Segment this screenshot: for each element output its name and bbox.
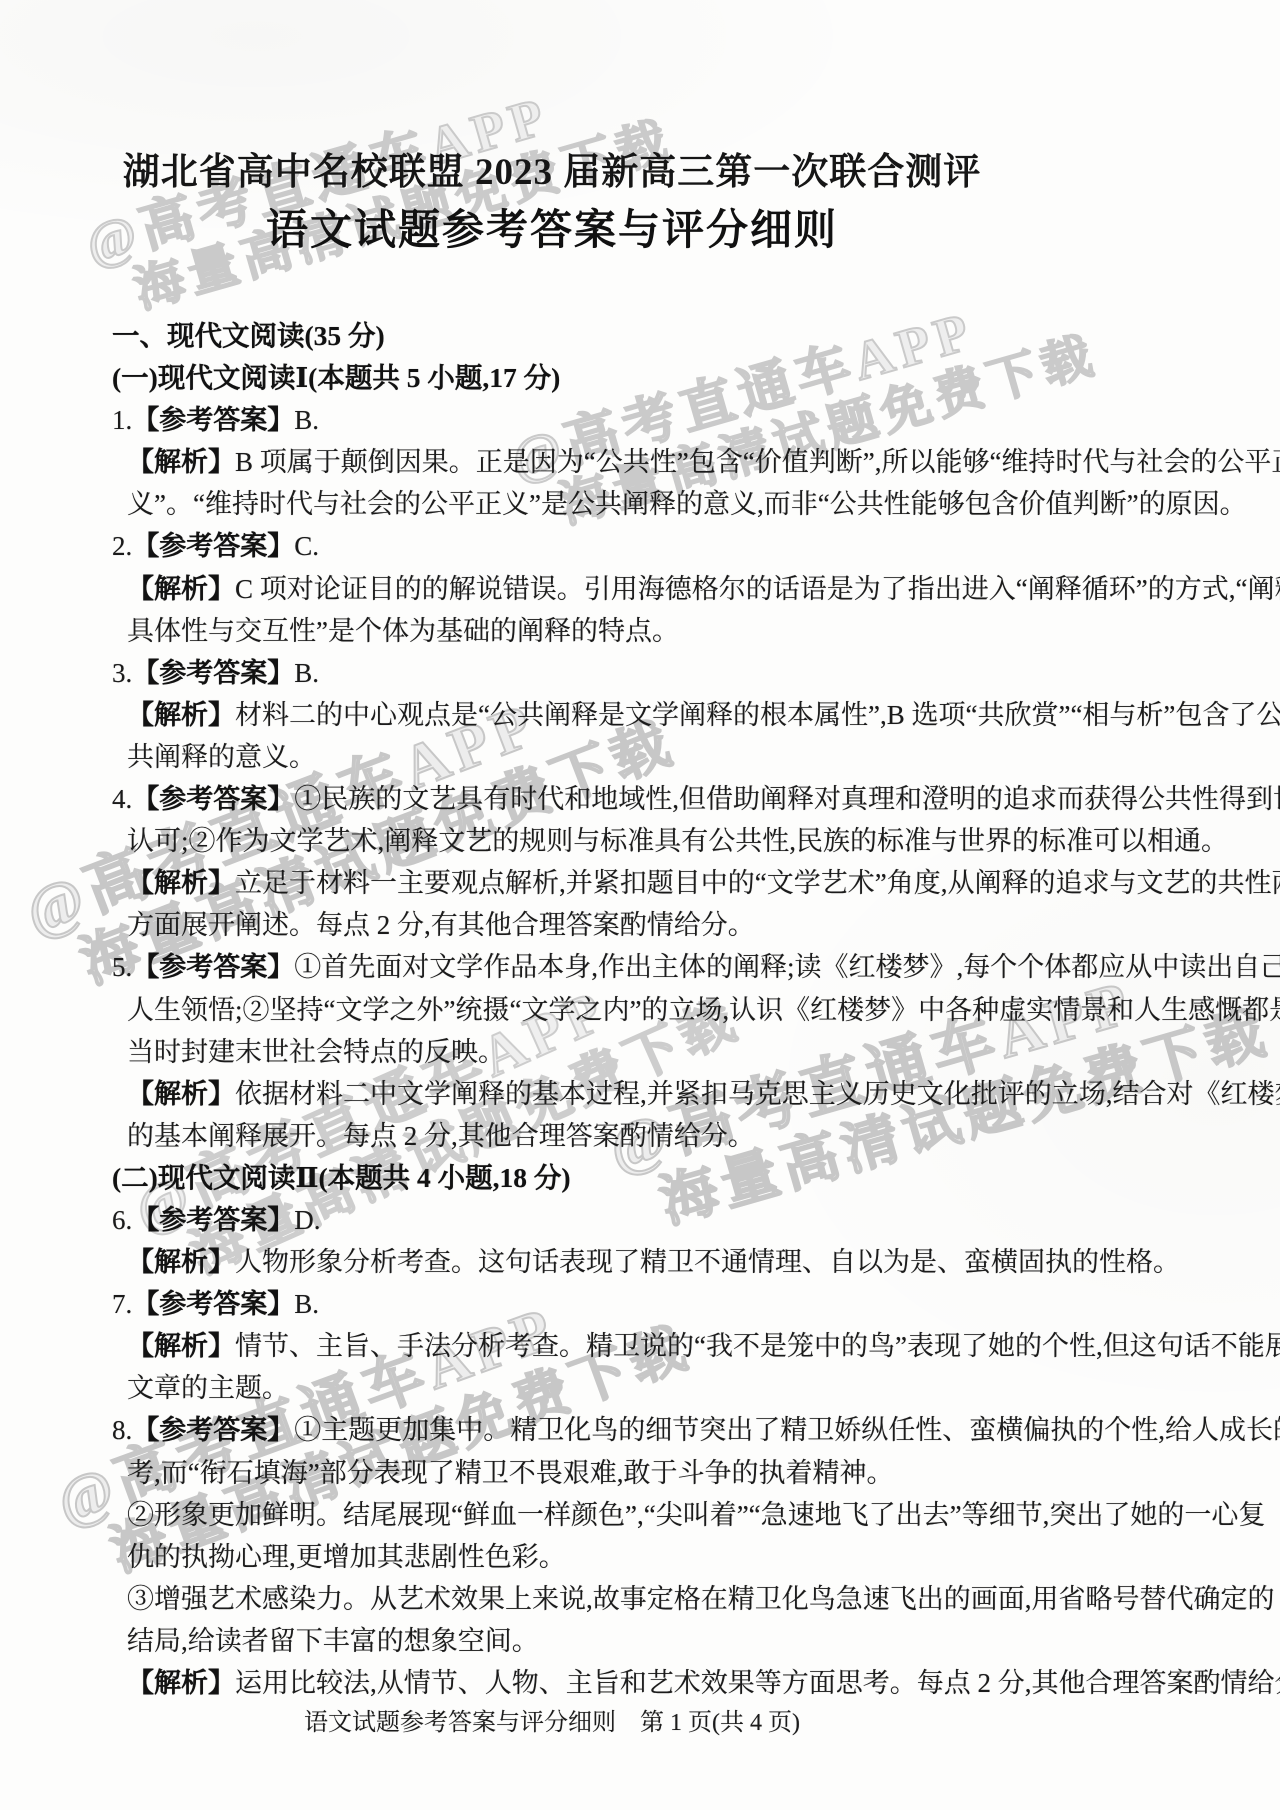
page-footer: 语文试题参考答案与评分细则 第 1 页(共 4 页)	[0, 1708, 1104, 1738]
question-number: 2.	[112, 531, 132, 561]
text-line-analysis: 【解析】运用比较法,从情节、人物、主旨和艺术效果等方面思考。每点 2 分,其他合…	[112, 1662, 1168, 1704]
answer-label: 【参考答案】	[132, 952, 294, 982]
text-line-analysis: 【解析】B 项属于颠倒因果。正是因为“公共性”包含“价值判断”,所以能够“维持时…	[112, 441, 1168, 483]
text-line-analysis: 【解析】情节、主旨、手法分析考查。精卫说的“我不是笼中的鸟”表现了她的个性,但这…	[112, 1325, 1168, 1367]
answer-label: 【解析】	[127, 1079, 235, 1109]
line-text: ①民族的文艺具有时代和地域性,但借助阐释对真理和澄明的追求而获得公共性得到世界	[294, 784, 1280, 814]
text-line-cont: 文章的主题。	[112, 1367, 1168, 1409]
text-line-analysis: 【解析】材料二的中心观点是“公共阐释是文学阐释的根本属性”,B 选项“共欣赏”“…	[112, 694, 1168, 736]
text-line-cont: 人生领悟;②坚持“文学之外”统摄“文学之内”的立场,认识《红楼梦》中各种虚实情景…	[112, 989, 1168, 1031]
line-text: B 项属于颠倒因果。正是因为“公共性”包含“价值判断”,所以能够“维持时代与社会…	[235, 447, 1280, 477]
question-number: 4.	[112, 784, 132, 814]
text-line-heading: (二)现代文阅读Ⅱ(本题共 4 小题,18 分)	[112, 1157, 1168, 1199]
text-line-cont: 结局,给读者留下丰富的想象空间。	[112, 1620, 1168, 1662]
line-text: 义”。“维持时代与社会的公平正义”是公共阐释的意义,而非“公共性能够包含价值判断…	[127, 489, 1247, 519]
line-text: 考,而“衔石填海”部分表现了精卫不畏艰难,敢于斗争的执着精神。	[127, 1458, 893, 1488]
line-text: 人物形象分析考查。这句话表现了精卫不通情理、自以为是、蛮横固执的性格。	[235, 1247, 1180, 1277]
line-text: 结局,给读者留下丰富的想象空间。	[127, 1626, 539, 1656]
answer-label: 【解析】	[127, 447, 235, 477]
body-lines: 一、现代文阅读(35 分)(一)现代文阅读Ⅰ(本题共 5 小题,17 分)1.【…	[112, 315, 1168, 1704]
line-text: 认可;②作为文学艺术,阐释文艺的规则与标准具有公共性,民族的标准与世界的标准可以…	[127, 826, 1228, 856]
line-text: 情节、主旨、手法分析考查。精卫说的“我不是笼中的鸟”表现了她的个性,但这句话不能…	[235, 1331, 1280, 1361]
line-text: C.	[294, 531, 319, 561]
line-text: 运用比较法,从情节、人物、主旨和艺术效果等方面思考。每点 2 分,其他合理答案酌…	[235, 1668, 1280, 1698]
text-line-cont: 认可;②作为文学艺术,阐释文艺的规则与标准具有公共性,民族的标准与世界的标准可以…	[112, 820, 1168, 862]
text-line-analysis: 【解析】C 项对论证目的的解说错误。引用海德格尔的话语是为了指出进入“阐释循环”…	[112, 568, 1168, 610]
text-line-cont: 共阐释的意义。	[112, 736, 1168, 778]
answer-label: 【参考答案】	[132, 658, 294, 688]
line-text: (二)现代文阅读Ⅱ(本题共 4 小题,18 分)	[112, 1162, 571, 1193]
text-line-answer: 4.【参考答案】①民族的文艺具有时代和地域性,但借助阐释对真理和澄明的追求而获得…	[112, 778, 1168, 820]
document-title-line1: 湖北省高中名校联盟 2023 届新高三第一次联合测评	[0, 150, 1104, 196]
question-number: 7.	[112, 1289, 132, 1319]
line-text: 材料二的中心观点是“公共阐释是文学阐释的根本属性”,B 选项“共欣赏”“相与析”…	[235, 700, 1280, 730]
document-title-line2: 语文试题参考答案与评分细则	[0, 203, 1104, 259]
answer-label: 【参考答案】	[132, 1415, 294, 1445]
answer-label: 【解析】	[127, 1331, 235, 1361]
answer-label: 【解析】	[127, 868, 235, 898]
text-line-answer: 5.【参考答案】①首先面对文学作品本身,作出主体的阐释;读《红楼梦》,每个个体都…	[112, 946, 1168, 988]
line-text: 的基本阐释展开。每点 2 分,其他合理答案酌情给分。	[127, 1121, 755, 1151]
document-content: 湖北省高中名校联盟 2023 届新高三第一次联合测评 语文试题参考答案与评分细则…	[0, 0, 1280, 1810]
text-line-cont: ②形象更加鲜明。结尾展现“鲜血一样颜色”,“尖叫着”“急速地飞了出去”等细节,突…	[112, 1494, 1168, 1536]
text-line-analysis: 【解析】立足于材料一主要观点解析,并紧扣题目中的“文学艺术”角度,从阐释的追求与…	[112, 862, 1168, 904]
line-text: C 项对论证目的的解说错误。引用海德格尔的话语是为了指出进入“阐释循环”的方式,…	[235, 574, 1280, 604]
line-text: 文章的主题。	[127, 1373, 289, 1403]
answer-label: 【解析】	[127, 574, 235, 604]
question-number: 6.	[112, 1205, 132, 1235]
text-line-cont: ③增强艺术感染力。从艺术效果上来说,故事定格在精卫化鸟急速飞出的画面,用省略号替…	[112, 1578, 1168, 1620]
question-number: 1.	[112, 405, 132, 435]
question-number: 5.	[112, 952, 132, 982]
answer-label: 【参考答案】	[132, 784, 294, 814]
line-text: ①首先面对文学作品本身,作出主体的阐释;读《红楼梦》,每个个体都应从中读出自己的	[294, 952, 1280, 982]
line-text: ①主题更加集中。精卫化鸟的细节突出了精卫娇纵任性、蛮横偏执的个性,给人成长的思	[294, 1415, 1280, 1445]
line-text: 一、现代文阅读(35 分)	[112, 320, 385, 351]
line-text: ②形象更加鲜明。结尾展现“鲜血一样颜色”,“尖叫着”“急速地飞了出去”等细节,突…	[127, 1500, 1265, 1530]
line-text: B.	[294, 1289, 319, 1319]
line-text: 仇的执拗心理,更增加其悲剧性色彩。	[127, 1542, 566, 1572]
line-text: D.	[294, 1205, 320, 1235]
question-number: 8.	[112, 1415, 132, 1445]
text-line-cont: 的基本阐释展开。每点 2 分,其他合理答案酌情给分。	[112, 1115, 1168, 1157]
line-text: 方面展开阐述。每点 2 分,有其他合理答案酌情给分。	[127, 910, 755, 940]
answer-label: 【参考答案】	[132, 1289, 294, 1319]
line-text: ③增强艺术感染力。从艺术效果上来说,故事定格在精卫化鸟急速飞出的画面,用省略号替…	[127, 1584, 1275, 1614]
line-text: 人生领悟;②坚持“文学之外”统摄“文学之内”的立场,认识《红楼梦》中各种虚实情景…	[127, 995, 1280, 1025]
answer-label: 【参考答案】	[132, 405, 294, 435]
answer-label: 【参考答案】	[132, 1205, 294, 1235]
text-line-answer: 1.【参考答案】B.	[112, 399, 1168, 441]
scanned-answer-sheet-page: @高考直通车APP海量高清试题免费下载@高考直通车APP海量高清试题免费下载@高…	[0, 0, 1280, 1810]
text-line-heading: 一、现代文阅读(35 分)	[112, 315, 1168, 357]
answer-label: 【解析】	[127, 1247, 235, 1277]
line-text: 共阐释的意义。	[127, 742, 316, 772]
answer-label: 【参考答案】	[132, 531, 294, 561]
text-line-answer: 3.【参考答案】B.	[112, 652, 1168, 694]
answer-label: 【解析】	[127, 700, 235, 730]
text-line-heading: (一)现代文阅读Ⅰ(本题共 5 小题,17 分)	[112, 357, 1168, 399]
text-line-answer: 8.【参考答案】①主题更加集中。精卫化鸟的细节突出了精卫娇纵任性、蛮横偏执的个性…	[112, 1409, 1168, 1451]
line-text: 依据材料二中文学阐释的基本过程,并紧扣马克思主义历史文化批评的立场,结合对《红楼…	[235, 1079, 1280, 1109]
text-line-cont: 当时封建末世社会特点的反映。	[112, 1031, 1168, 1073]
text-line-cont: 考,而“衔石填海”部分表现了精卫不畏艰难,敢于斗争的执着精神。	[112, 1452, 1168, 1494]
text-line-cont: 义”。“维持时代与社会的公平正义”是公共阐释的意义,而非“公共性能够包含价值判断…	[112, 483, 1168, 525]
text-line-cont: 具体性与交互性”是个体为基础的阐释的特点。	[112, 610, 1168, 652]
line-text: 立足于材料一主要观点解析,并紧扣题目中的“文学艺术”角度,从阐释的追求与文艺的共…	[235, 868, 1280, 898]
text-line-answer: 6.【参考答案】D.	[112, 1199, 1168, 1241]
text-line-cont: 方面展开阐述。每点 2 分,有其他合理答案酌情给分。	[112, 904, 1168, 946]
line-text: 当时封建末世社会特点的反映。	[127, 1037, 505, 1067]
text-line-analysis: 【解析】依据材料二中文学阐释的基本过程,并紧扣马克思主义历史文化批评的立场,结合…	[112, 1073, 1168, 1115]
line-text: (一)现代文阅读Ⅰ(本题共 5 小题,17 分)	[112, 362, 560, 393]
text-line-answer: 7.【参考答案】B.	[112, 1283, 1168, 1325]
question-number: 3.	[112, 658, 132, 688]
text-line-cont: 仇的执拗心理,更增加其悲剧性色彩。	[112, 1536, 1168, 1578]
answer-label: 【解析】	[127, 1668, 235, 1698]
text-line-answer: 2.【参考答案】C.	[112, 525, 1168, 567]
text-line-analysis: 【解析】人物形象分析考查。这句话表现了精卫不通情理、自以为是、蛮横固执的性格。	[112, 1241, 1168, 1283]
line-text: B.	[294, 658, 319, 688]
line-text: B.	[294, 405, 319, 435]
line-text: 具体性与交互性”是个体为基础的阐释的特点。	[127, 616, 679, 646]
